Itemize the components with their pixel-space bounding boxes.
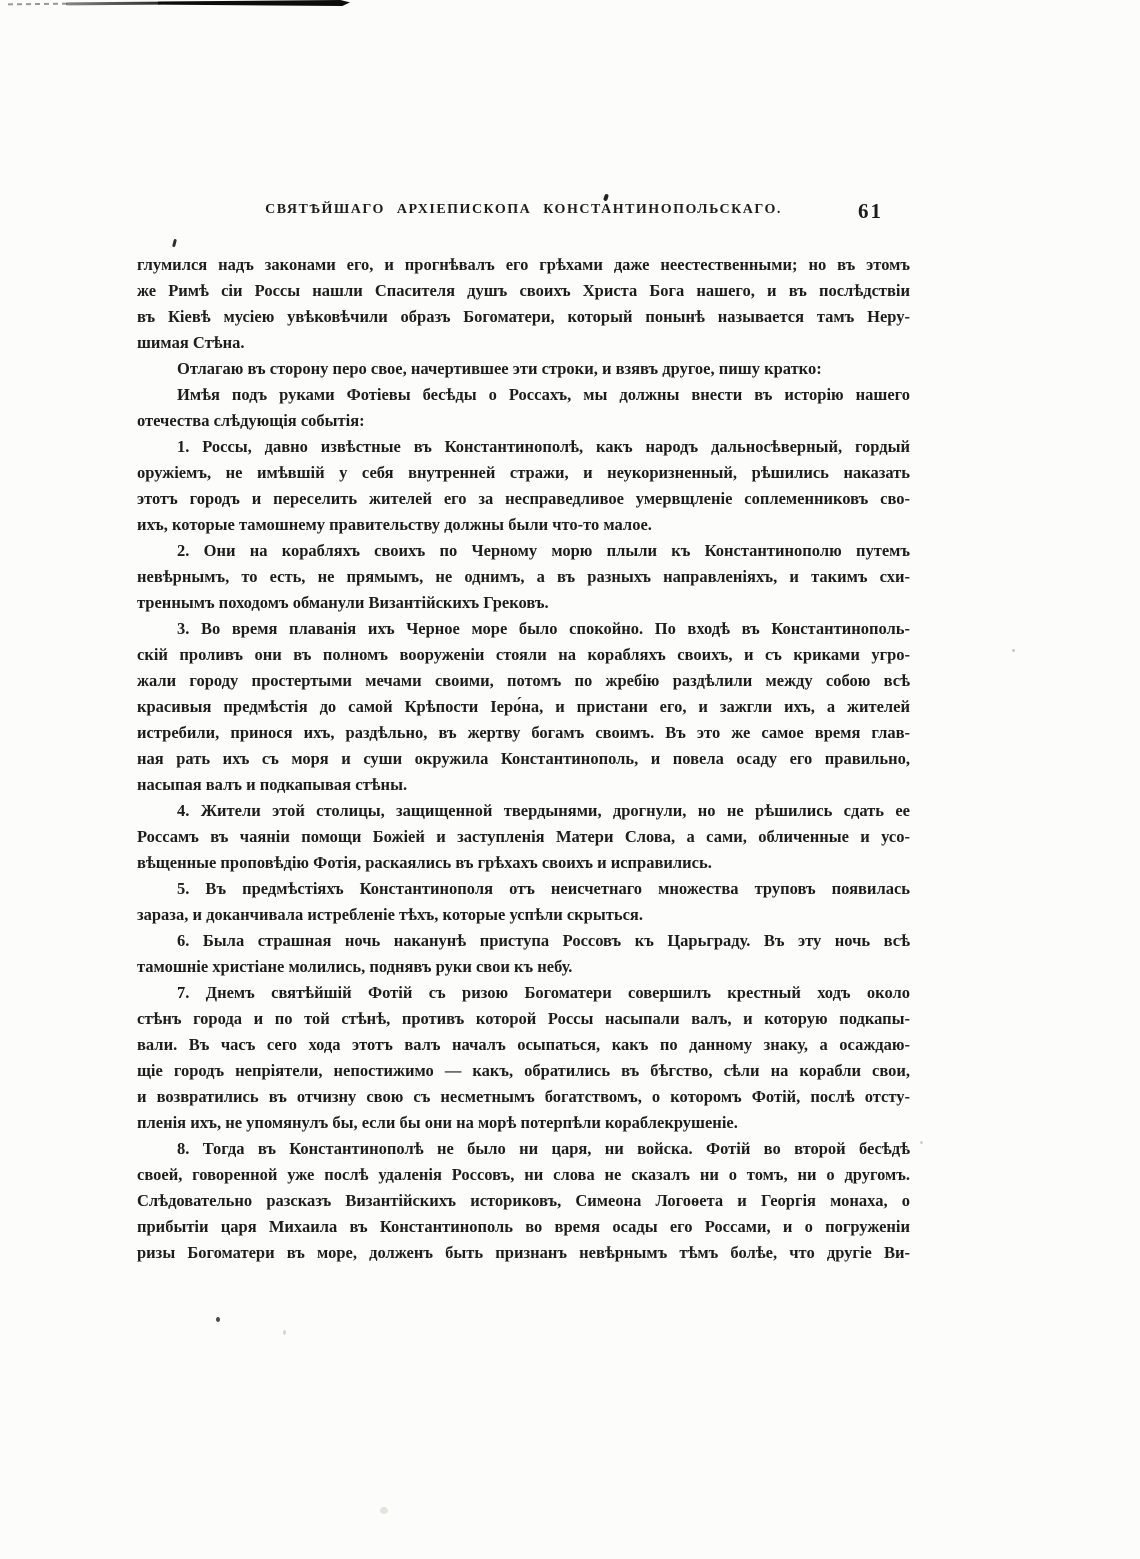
ink-speck <box>172 239 177 247</box>
text-line: этотъ городъ и переселить жителей его за… <box>137 486 910 512</box>
text-line: отечества слѣдующія событія: <box>137 408 910 434</box>
running-header: СВЯТѢЙШАГО АРХІЕПИСКОПА КОНСТАНТИНОПОЛЬС… <box>137 200 910 218</box>
paragraph: 4. Жители этой столицы, защищенной тверд… <box>137 798 910 876</box>
paragraph: 6. Была страшная ночь наканунѣ приступа … <box>137 928 910 980</box>
text-line: стѣнъ города и по той стѣнѣ, противъ кот… <box>137 1006 910 1032</box>
text-line: тамошніе христіане молились, поднявъ рук… <box>137 954 910 980</box>
text-line: своей, говоренной уже послѣ удаленія Рос… <box>137 1162 910 1188</box>
text-line: вѣщенные проповѣдію Фотія, раскаялись въ… <box>137 850 910 876</box>
text-line: Имѣя подъ руками Фотіевы бесѣды о Россах… <box>137 382 910 408</box>
running-title: СВЯТѢЙШАГО АРХІЕПИСКОПА КОНСТАНТИНОПОЛЬС… <box>265 202 782 217</box>
text-line: вали. Въ часъ сего хода этотъ валъ начал… <box>137 1032 910 1058</box>
paragraph: 2. Они на корабляхъ своихъ по Черному мо… <box>137 538 910 616</box>
text-line: 3. Во время плаванія ихъ Черное море был… <box>137 616 910 642</box>
text-line: 2. Они на корабляхъ своихъ по Черному мо… <box>137 538 910 564</box>
paragraph: 5. Въ предмѣстіяхъ Константинополя отъ н… <box>137 876 910 928</box>
text-line: Россамъ въ чаяніи помощи Божіей и заступ… <box>137 824 910 850</box>
text-line: ризы Богоматери въ море, долженъ быть пр… <box>137 1240 910 1266</box>
text-line: же Римѣ сіи Россы нашли Спасителя душъ с… <box>137 278 910 304</box>
text-line: пленія ихъ, не упомянулъ бы, если бы они… <box>137 1110 910 1136</box>
text-line: треннымъ походомъ обманули Византійскихъ… <box>137 590 910 616</box>
text-line: зараза, и доканчивала истребленіе тѣхъ, … <box>137 902 910 928</box>
text-line: насыпая валъ и подкапывая стѣны. <box>137 772 910 798</box>
text-line: 1. Россы, давно извѣстные въ Константино… <box>137 434 910 460</box>
ink-speck <box>380 1507 388 1514</box>
text-line: въ Кіевѣ мусіею увѣковѣчили образъ Богом… <box>137 304 910 330</box>
paragraph: глумился надъ законами его, и прогнѣвалъ… <box>137 252 910 356</box>
text-line: жали городу простертыми мечами своими, п… <box>137 668 910 694</box>
text-line: глумился надъ законами его, и прогнѣвалъ… <box>137 252 910 278</box>
text-line: ихъ, которые тамошнему правительству дол… <box>137 512 910 538</box>
scan-streak-dashed-segment <box>8 3 70 6</box>
paragraph: Имѣя подъ руками Фотіевы бесѣды о Россах… <box>137 382 910 434</box>
paragraph: 3. Во время плаванія ихъ Черное море был… <box>137 616 910 798</box>
text-line: ная рать ихъ съ моря и суши окружила Кон… <box>137 746 910 772</box>
text-line: Слѣдовательно разсказъ Византійскихъ ист… <box>137 1188 910 1214</box>
text-line: 6. Была страшная ночь наканунѣ приступа … <box>137 928 910 954</box>
text-block: глумился надъ законами его, и прогнѣвалъ… <box>137 252 910 1266</box>
text-line: и возвратились въ отчизну свою съ несмет… <box>137 1084 910 1110</box>
page-number: 61 <box>858 199 883 224</box>
text-line: красивыя предмѣстія до самой Крѣпости Іе… <box>137 694 910 720</box>
text-line: Отлагаю въ сторону перо свое, начертивше… <box>137 356 910 382</box>
ink-speck <box>216 1317 220 1322</box>
ink-speck <box>920 1141 923 1144</box>
paragraph: 7. Днемъ святѣйшій Фотій съ ризою Богома… <box>137 980 910 1136</box>
paragraph: 8. Тогда въ Константинополѣ не было ни ц… <box>137 1136 910 1266</box>
text-line: невѣрнымъ, то есть, не прямымъ, не одним… <box>137 564 910 590</box>
text-line: скій проливъ они въ полномъ вооруженіи с… <box>137 642 910 668</box>
paragraph: Отлагаю въ сторону перо свое, начертивше… <box>137 356 910 382</box>
text-line: 5. Въ предмѣстіяхъ Константинополя отъ н… <box>137 876 910 902</box>
ink-speck <box>283 1330 286 1335</box>
paragraph: 1. Россы, давно извѣстные въ Константино… <box>137 434 910 538</box>
text-line: 4. Жители этой столицы, защищенной тверд… <box>137 798 910 824</box>
text-line: прибытіи царя Михаила въ Константинополь… <box>137 1214 910 1240</box>
text-line: щіе городъ непріятели, непостижимо — как… <box>137 1058 910 1084</box>
ink-speck <box>1012 649 1015 652</box>
text-line: шимая Стѣна. <box>137 330 910 356</box>
text-line: истребили, принося ихъ, раздѣльно, въ же… <box>137 720 910 746</box>
text-line: 8. Тогда въ Константинополѣ не было ни ц… <box>137 1136 910 1162</box>
scan-streak-thin-segment <box>66 2 162 6</box>
scanned-book-page: СВЯТѢЙШАГО АРХІЕПИСКОПА КОНСТАНТИНОПОЛЬС… <box>0 0 1140 1559</box>
scan-streak-solid-segment <box>158 0 350 6</box>
text-line: оружіемъ, не имѣвшій у себя внутренней с… <box>137 460 910 486</box>
text-line: 7. Днемъ святѣйшій Фотій съ ризою Богома… <box>137 980 910 1006</box>
